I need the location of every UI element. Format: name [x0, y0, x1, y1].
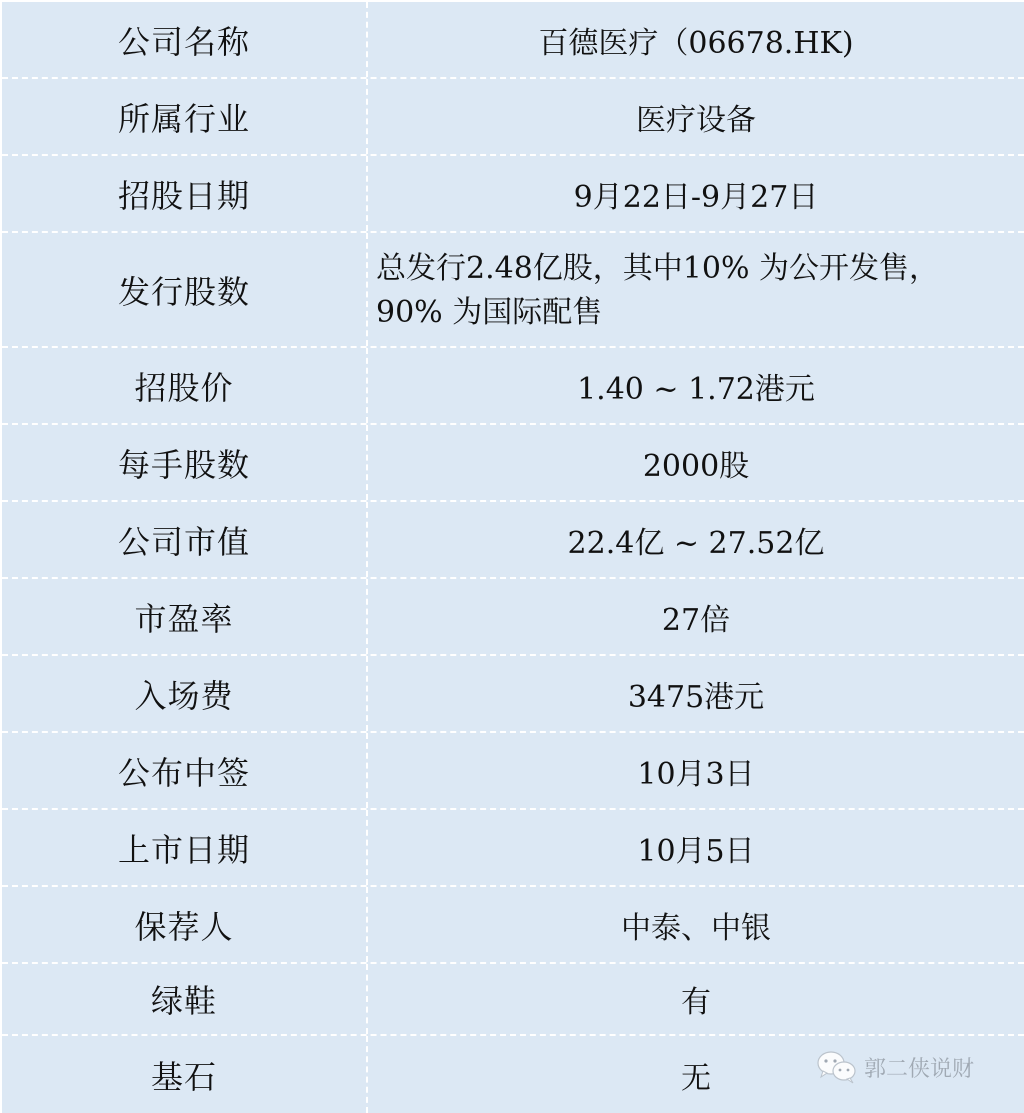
- row-label: 所属行业: [2, 79, 368, 154]
- row-label: 保荐人: [2, 887, 368, 962]
- row-label: 公布中签: [2, 733, 368, 808]
- table-row-industry: 所属行业 医疗设备: [2, 79, 1024, 156]
- table-row-greenshoe: 绿鞋 有: [2, 964, 1024, 1036]
- table-row-market-cap: 公司市值 22.4亿 ~ 27.52亿: [2, 502, 1024, 579]
- row-label: 基石: [2, 1036, 368, 1113]
- table-row-entry-fee: 入场费 3475港元: [2, 656, 1024, 733]
- row-value: 27倍: [368, 579, 1024, 654]
- row-value: 中泰、中银: [368, 887, 1024, 962]
- row-value-line-1: 总发行2.48亿股，其中10% 为公开发售，: [376, 247, 939, 291]
- row-value: 百德医疗（06678.HK): [368, 2, 1024, 77]
- row-value: 2000股: [368, 425, 1024, 500]
- row-label: 入场费: [2, 656, 368, 731]
- row-label: 招股价: [2, 348, 368, 423]
- row-value: 22.4亿 ~ 27.52亿: [368, 502, 1024, 577]
- row-label: 发行股数: [2, 233, 368, 346]
- row-value: 总发行2.48亿股，其中10% 为公开发售， 90% 为国际配售: [368, 233, 1024, 346]
- table-row-shares-offered: 发行股数 总发行2.48亿股，其中10% 为公开发售， 90% 为国际配售: [2, 233, 1024, 348]
- row-value: 3475港元: [368, 656, 1024, 731]
- row-value: 医疗设备: [368, 79, 1024, 154]
- row-label: 上市日期: [2, 810, 368, 885]
- row-label: 公司市值: [2, 502, 368, 577]
- row-label: 每手股数: [2, 425, 368, 500]
- row-value-line-2: 90% 为国际配售: [376, 291, 602, 335]
- watermark: 郭二侠说财: [816, 1050, 974, 1084]
- row-value: 10月5日: [368, 810, 1024, 885]
- table-row-company-name: 公司名称 百德医疗（06678.HK): [2, 2, 1024, 79]
- ipo-info-table: 公司名称 百德医疗（06678.HK) 所属行业 医疗设备 招股日期 9月22日…: [2, 2, 1024, 1113]
- watermark-text: 郭二侠说财: [864, 1052, 974, 1083]
- wechat-icon: [816, 1050, 858, 1084]
- row-value: 1.40 ~ 1.72港元: [368, 348, 1024, 423]
- row-label: 绿鞋: [2, 964, 368, 1034]
- table-row-pe-ratio: 市盈率 27倍: [2, 579, 1024, 656]
- row-label: 市盈率: [2, 579, 368, 654]
- table-row-subscription-dates: 招股日期 9月22日-9月27日: [2, 156, 1024, 233]
- row-value: 9月22日-9月27日: [368, 156, 1024, 231]
- row-value: 有: [368, 964, 1024, 1034]
- table-row-allotment-date: 公布中签 10月3日: [2, 733, 1024, 810]
- row-value: 10月3日: [368, 733, 1024, 808]
- table-row-board-lot: 每手股数 2000股: [2, 425, 1024, 502]
- table-row-sponsors: 保荐人 中泰、中银: [2, 887, 1024, 964]
- row-label: 招股日期: [2, 156, 368, 231]
- table-row-listing-date: 上市日期 10月5日: [2, 810, 1024, 887]
- row-label: 公司名称: [2, 2, 368, 77]
- table-row-offer-price: 招股价 1.40 ~ 1.72港元: [2, 348, 1024, 425]
